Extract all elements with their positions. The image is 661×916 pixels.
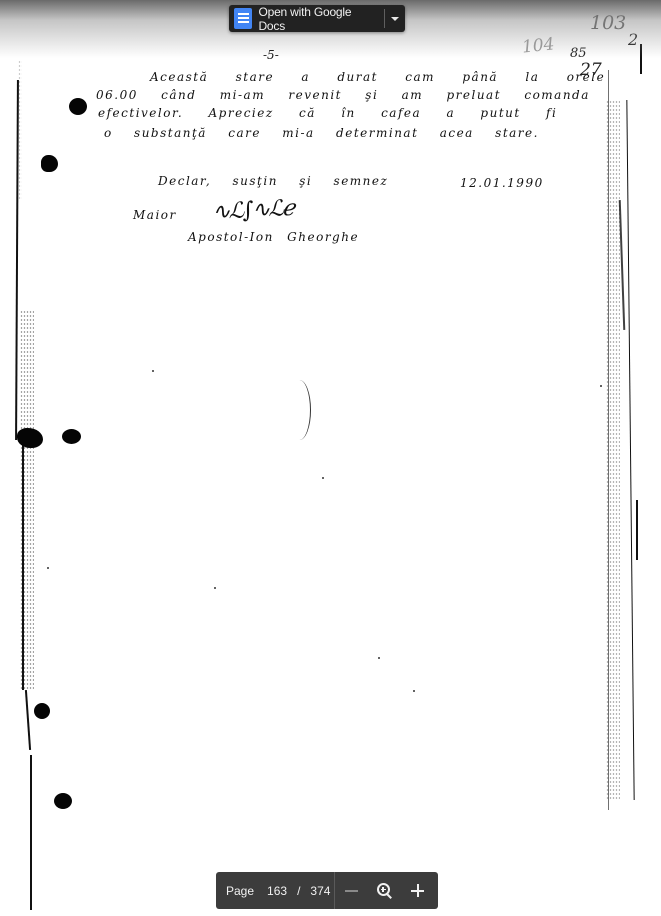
right-page-edge bbox=[608, 70, 609, 810]
scan-speck bbox=[600, 385, 602, 387]
scan-speck bbox=[322, 477, 324, 479]
caret-down-icon bbox=[391, 17, 399, 21]
left-page-edge bbox=[22, 440, 24, 690]
date: 12.01.1990 bbox=[460, 176, 544, 190]
signature: ∿ℒ∫∿ℒℯ bbox=[211, 196, 293, 225]
total-pages: 374 bbox=[310, 884, 330, 898]
scan-blot bbox=[17, 428, 43, 448]
punch-hole bbox=[54, 793, 72, 809]
right-page-edge bbox=[636, 500, 638, 560]
punch-hole bbox=[62, 429, 81, 444]
document-page: -5- 104 103 85 27 2 Această stare a dura… bbox=[0, 0, 661, 916]
scan-speck bbox=[47, 567, 49, 569]
open-with-google-docs-control: Open with Google Docs bbox=[229, 5, 405, 32]
body-line: 06.00 când mi-am revenit şi am preluat c… bbox=[96, 88, 590, 102]
right-page-edge bbox=[640, 44, 642, 74]
pdf-viewer: -5- 104 103 85 27 2 Această stare a dura… bbox=[0, 0, 661, 916]
body-line: o substanţă care mi-a determinat acea st… bbox=[104, 126, 539, 140]
current-page-input[interactable]: 163 bbox=[267, 884, 287, 898]
pencil-arc-mark bbox=[288, 380, 311, 440]
folio-number: 85 bbox=[570, 46, 587, 61]
google-docs-icon bbox=[234, 8, 252, 29]
open-with-label: Open with Google Docs bbox=[258, 5, 377, 33]
archive-number: 103 bbox=[590, 12, 626, 34]
zoom-in-button[interactable] bbox=[401, 872, 434, 909]
page-indicator: Page 163 / 374 bbox=[216, 872, 334, 909]
signatory-name: Apostol-Ion Gheorghe bbox=[188, 230, 359, 244]
minus-icon bbox=[345, 890, 358, 892]
zoom-fit-button[interactable] bbox=[368, 872, 401, 909]
left-page-edge bbox=[25, 690, 31, 750]
scan-noise bbox=[18, 60, 22, 200]
body-line: Această stare a durat cam până la orele bbox=[150, 70, 605, 84]
crossed-archive-number: 104 bbox=[521, 34, 555, 57]
left-page-edge bbox=[30, 755, 32, 910]
rank: Maior bbox=[133, 208, 177, 222]
corner-mark: 2 bbox=[628, 30, 638, 49]
right-page-edge bbox=[626, 100, 634, 800]
scan-speck bbox=[214, 587, 216, 589]
body-line: efectivelor. Apreciez că în cafea a putu… bbox=[98, 106, 557, 120]
scan-speck bbox=[152, 370, 154, 372]
page-label: Page bbox=[226, 884, 254, 898]
page-separator: / bbox=[297, 884, 300, 898]
punch-hole bbox=[41, 155, 58, 172]
scan-speck bbox=[378, 657, 380, 659]
punch-hole bbox=[34, 703, 50, 719]
scan-speck bbox=[413, 690, 415, 692]
page-marker: -5- bbox=[263, 48, 279, 62]
plus-icon bbox=[411, 884, 424, 897]
open-with-dropdown-button[interactable] bbox=[385, 5, 405, 32]
punch-hole bbox=[69, 98, 87, 115]
zoom-in-magnifier-icon bbox=[377, 883, 393, 899]
page-controls: Page 163 / 374 bbox=[216, 872, 438, 909]
zoom-out-button[interactable] bbox=[335, 872, 368, 909]
closing-line: Declar, susţin şi semnez bbox=[158, 174, 388, 188]
open-with-google-docs-button[interactable]: Open with Google Docs bbox=[229, 5, 384, 32]
